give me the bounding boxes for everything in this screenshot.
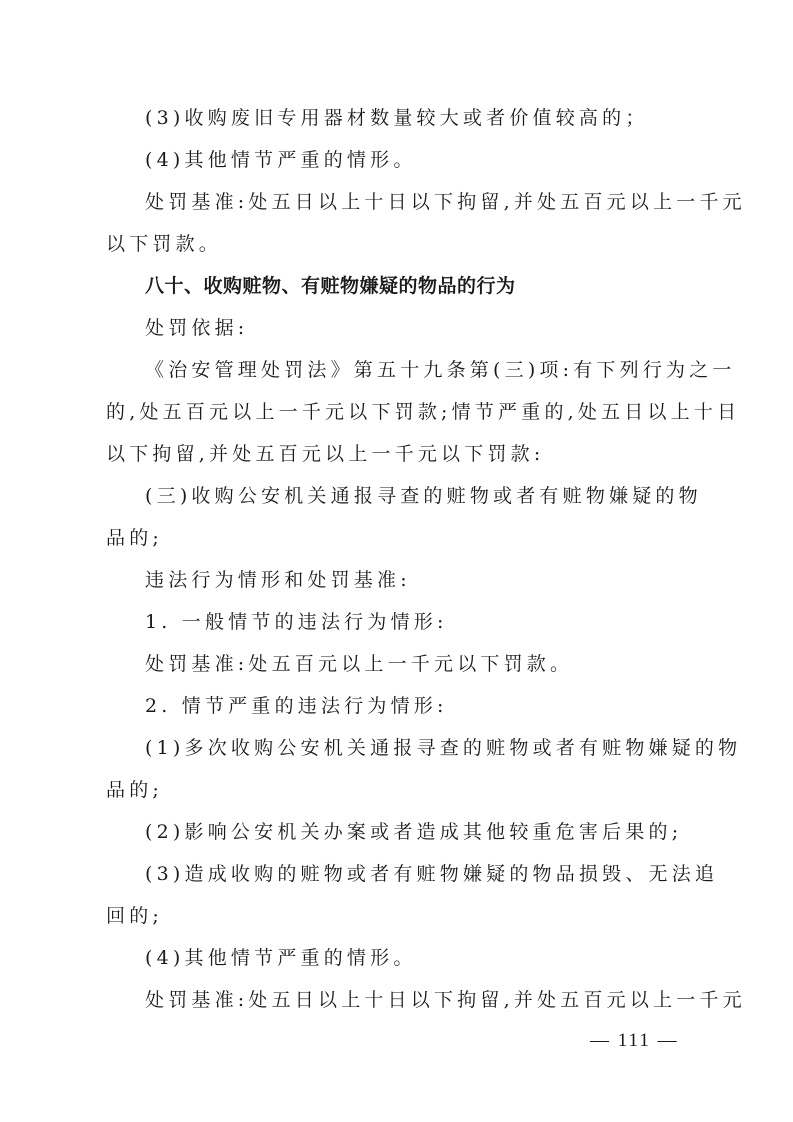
- text-line: 处罚依据:: [145, 316, 692, 340]
- text-line: 《治安管理处罚法》第五十九条第(三)项:有下列行为之一: [145, 358, 692, 382]
- text-line: (1)多次收购公安机关通报寻查的赃物或者有赃物嫌疑的物: [145, 736, 692, 760]
- text-line: 品的;: [106, 526, 692, 550]
- text-line: (2)影响公安机关办案或者造成其他较重危害后果的;: [145, 820, 692, 844]
- text-line: 的,处五百元以上一千元以下罚款;情节严重的,处五日以上十日: [106, 400, 692, 424]
- document-page: (3)收购废旧专用器材数量较大或者价值较高的；(4)其他情节严重的情形。处罚基准…: [0, 0, 793, 1122]
- text-line: (3)收购废旧专用器材数量较大或者价值较高的；: [145, 106, 692, 130]
- text-line: 违法行为情形和处罚基准:: [145, 568, 692, 592]
- text-line: 以下罚款。: [106, 232, 692, 256]
- text-line: 以下拘留,并处五百元以上一千元以下罚款:: [106, 442, 692, 466]
- text-line: 2. 情节严重的违法行为情形:: [145, 694, 692, 718]
- text-line: 回的;: [106, 904, 692, 928]
- text-line: 处罚基准:处五百元以上一千元以下罚款。: [145, 652, 692, 676]
- page-number: — 111 —: [590, 1030, 679, 1052]
- text-line: 处罚基准:处五日以上十日以下拘留,并处五百元以上一千元: [145, 988, 692, 1012]
- text-line: 1. 一般情节的违法行为情形:: [145, 610, 692, 634]
- text-line: (4)其他情节严重的情形。: [145, 148, 692, 172]
- text-line: 品的;: [106, 778, 692, 802]
- text-line: (3)造成收购的赃物或者有赃物嫌疑的物品损毁、无法追: [145, 862, 692, 886]
- text-line: 处罚基准:处五日以上十日以下拘留,并处五百元以上一千元: [145, 190, 692, 214]
- section-heading: 八十、收购赃物、有赃物嫌疑的物品的行为: [145, 274, 692, 298]
- text-line: (4)其他情节严重的情形。: [145, 946, 692, 970]
- text-line: (三)收购公安机关通报寻查的赃物或者有赃物嫌疑的物: [145, 484, 692, 508]
